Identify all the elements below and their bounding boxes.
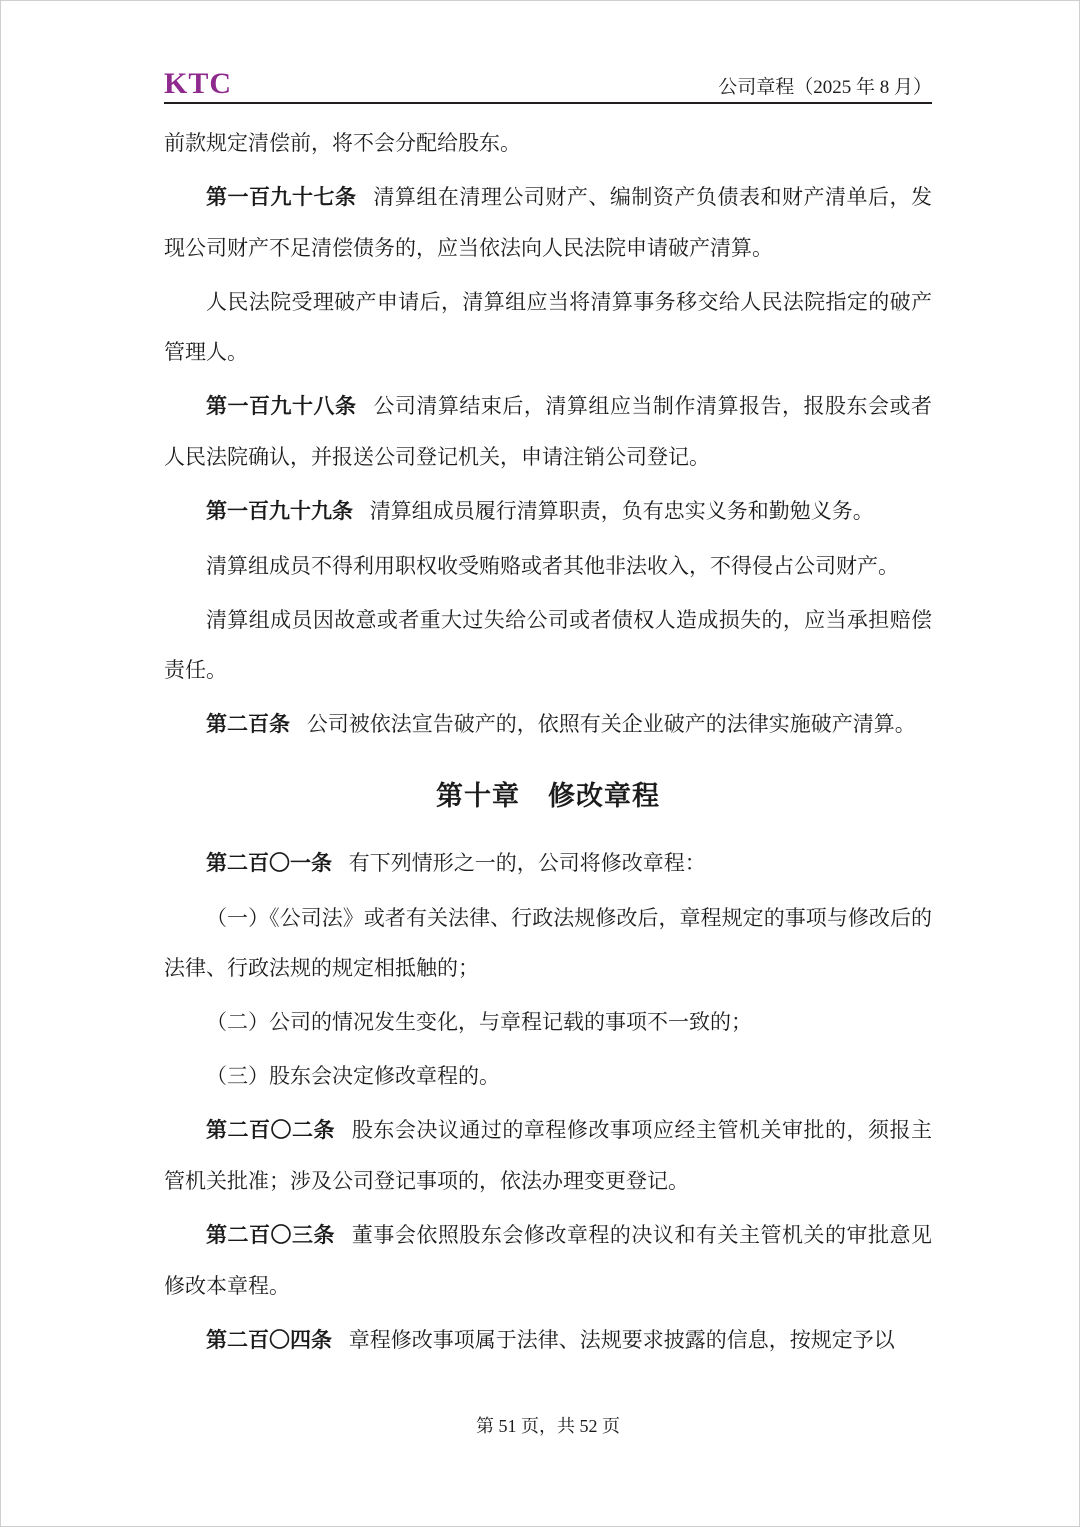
article-number: 第二百〇四条 — [206, 1329, 332, 1352]
article-paragraph: 第一百九十九条清算组成员履行清算职责，负有忠实义务和勤勉义务。 — [164, 486, 932, 537]
body-paragraph: （三）股东会决定修改章程的。 — [164, 1051, 932, 1101]
paragraph-text: 人民法院受理破产申请后，清算组应当将清算事务移交给人民法院指定的破产管理人。 — [164, 290, 932, 364]
page-header: KTC 公司章程（2025 年 8 月） — [164, 69, 932, 104]
page-footer: 第 51 页，共 52 页 — [164, 1412, 932, 1526]
paragraph-text: 前款规定清偿前，将不会分配给股东。 — [164, 131, 521, 155]
article-number: 第一百九十九条 — [206, 500, 353, 523]
body-paragraph: 人民法院受理破产申请后，清算组应当将清算事务移交给人民法院指定的破产管理人。 — [164, 277, 932, 377]
body-paragraph: （二）公司的情况发生变化，与章程记载的事项不一致的； — [164, 997, 932, 1047]
document-page: KTC 公司章程（2025 年 8 月） 前款规定清偿前，将不会分配给股东。第一… — [0, 0, 1080, 1527]
page-number: 第 51 页，共 52 页 — [476, 1416, 620, 1436]
article-text: 有下列情形之一的，公司将修改章程： — [349, 851, 706, 875]
body-paragraph: 前款规定清偿前，将不会分配给股东。 — [164, 118, 932, 168]
article-text: 清算组成员履行清算职责，负有忠实义务和勤勉义务。 — [370, 499, 874, 523]
chapter-heading: 第十章 修改章程 — [164, 778, 932, 816]
paragraph-text: 清算组成员因故意或者重大过失给公司或者债权人造成损失的，应当承担赔偿责任。 — [164, 608, 932, 682]
ktc-logo: KTC — [164, 69, 232, 99]
paragraph-text: （一）《公司法》或者有关法律、行政法规修改后，章程规定的事项与修改后的法律、行政… — [164, 906, 932, 980]
article-paragraph: 第二百〇三条董事会依照股东会修改章程的决议和有关主管机关的审批意见修改本章程。 — [164, 1210, 932, 1311]
article-text: 章程修改事项属于法律、法规要求披露的信息，按规定予以 — [349, 1328, 895, 1352]
article-paragraph: 第一百九十八条公司清算结束后，清算组应当制作清算报告，报股东会或者人民法院确认，… — [164, 381, 932, 482]
article-number: 第二百〇一条 — [206, 852, 332, 875]
article-paragraph: 第一百九十七条清算组在清理公司财产、编制资产负债表和财产清单后，发现公司财产不足… — [164, 172, 932, 273]
article-number: 第二百条 — [206, 713, 290, 736]
article-number: 第二百〇二条 — [206, 1119, 335, 1142]
article-number: 第二百〇三条 — [206, 1224, 335, 1247]
article-number: 第一百九十八条 — [206, 395, 357, 418]
article-paragraph: 第二百〇四条章程修改事项属于法律、法规要求披露的信息，按规定予以 — [164, 1315, 932, 1366]
body-paragraph: （一）《公司法》或者有关法律、行政法规修改后，章程规定的事项与修改后的法律、行政… — [164, 893, 932, 993]
paragraph-text: 清算组成员不得利用职权收受贿赂或者其他非法收入，不得侵占公司财产。 — [206, 554, 899, 578]
paragraph-text: （二）公司的情况发生变化，与章程记载的事项不一致的； — [206, 1010, 752, 1034]
article-number: 第一百九十七条 — [206, 186, 357, 209]
article-text: 公司被依法宣告破产的，依照有关企业破产的法律实施破产清算。 — [307, 712, 916, 736]
document-body: 前款规定清偿前，将不会分配给股东。第一百九十七条清算组在清理公司财产、编制资产负… — [164, 118, 932, 1370]
article-paragraph: 第二百条公司被依法宣告破产的，依照有关企业破产的法律实施破产清算。 — [164, 699, 932, 750]
article-paragraph: 第二百〇二条股东会决议通过的章程修改事项应经主管机关审批的，须报主管机关批准；涉… — [164, 1105, 932, 1206]
body-paragraph: 清算组成员不得利用职权收受贿赂或者其他非法收入，不得侵占公司财产。 — [164, 541, 932, 591]
paragraph-text: （三）股东会决定修改章程的。 — [206, 1064, 500, 1088]
article-paragraph: 第二百〇一条有下列情形之一的，公司将修改章程： — [164, 838, 932, 889]
body-paragraph: 清算组成员因故意或者重大过失给公司或者债权人造成损失的，应当承担赔偿责任。 — [164, 595, 932, 695]
header-doc-title: 公司章程（2025 年 8 月） — [718, 78, 932, 99]
